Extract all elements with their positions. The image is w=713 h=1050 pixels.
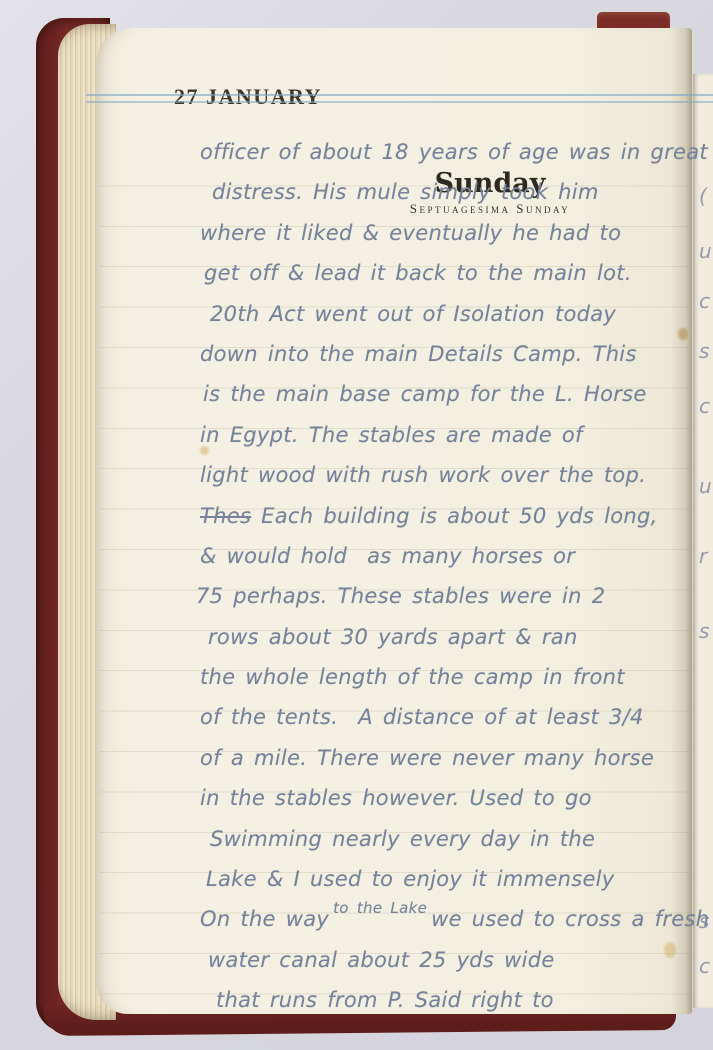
interline-insertion: to the Lake [333, 899, 427, 917]
scan-background: 27 JANUARY 1918 Sunday Septuagesima Sund… [0, 0, 713, 1050]
diary-line-21: water canal about 25 yds wide [208, 948, 713, 988]
diary-line-15: of the tents. A distance of at least 3/4 [200, 705, 713, 745]
diary-line-05: 20th Act went out of Isolation today [210, 302, 713, 342]
diary-line-10-rest: Each building is about 50 yds long, [251, 504, 657, 528]
diary-line-20-pre: On the way [200, 907, 329, 931]
diary-entry: officer of about 18 years of age was in … [200, 140, 713, 1029]
diary-line-22: that runs from P. Said right to [216, 988, 713, 1028]
diary-line-06: down into the main Details Camp. This [200, 342, 713, 382]
diary-line-20: On the wayto the Lakewe used to cross a … [200, 907, 713, 947]
strikethrough-word: Thes [200, 504, 251, 528]
diary-line-04: get off & lead it back to the main lot. [204, 261, 713, 301]
diary-line-16: of a mile. There were never many horse [200, 746, 713, 786]
diary-line-02: distress. His mule simply took him [212, 180, 713, 220]
diary-line-19: Lake & I used to enjoy it immensely [206, 867, 713, 907]
diary-line-08: in Egypt. The stables are made of [200, 423, 713, 463]
diary-line-10: Thes Each building is about 50 yds long, [200, 504, 713, 544]
diary-line-20-post: we used to cross a fresh [431, 907, 709, 931]
feint-blue-rule [86, 94, 713, 103]
diary-line-03: where it liked & eventually he had to [200, 221, 713, 261]
diary-line-12: 75 perhaps. These stables were in 2 [196, 584, 713, 624]
diary-line-14: the whole length of the camp in front [200, 665, 713, 705]
diary-line-17: in the stables however. Used to go [200, 786, 713, 826]
diary-line-09: light wood with rush work over the top. [200, 463, 713, 503]
diary-line-11: & would hold as many horses or [200, 544, 713, 584]
diary-line-01: officer of about 18 years of age was in … [200, 140, 713, 180]
diary-line-07: is the main base camp for the L. Horse [203, 382, 713, 422]
diary-line-18: Swimming nearly every day in the [210, 827, 713, 867]
diary-line-13: rows about 30 yards apart & ran [208, 625, 713, 665]
diary-page: 27 JANUARY 1918 Sunday Septuagesima Sund… [96, 28, 692, 1014]
